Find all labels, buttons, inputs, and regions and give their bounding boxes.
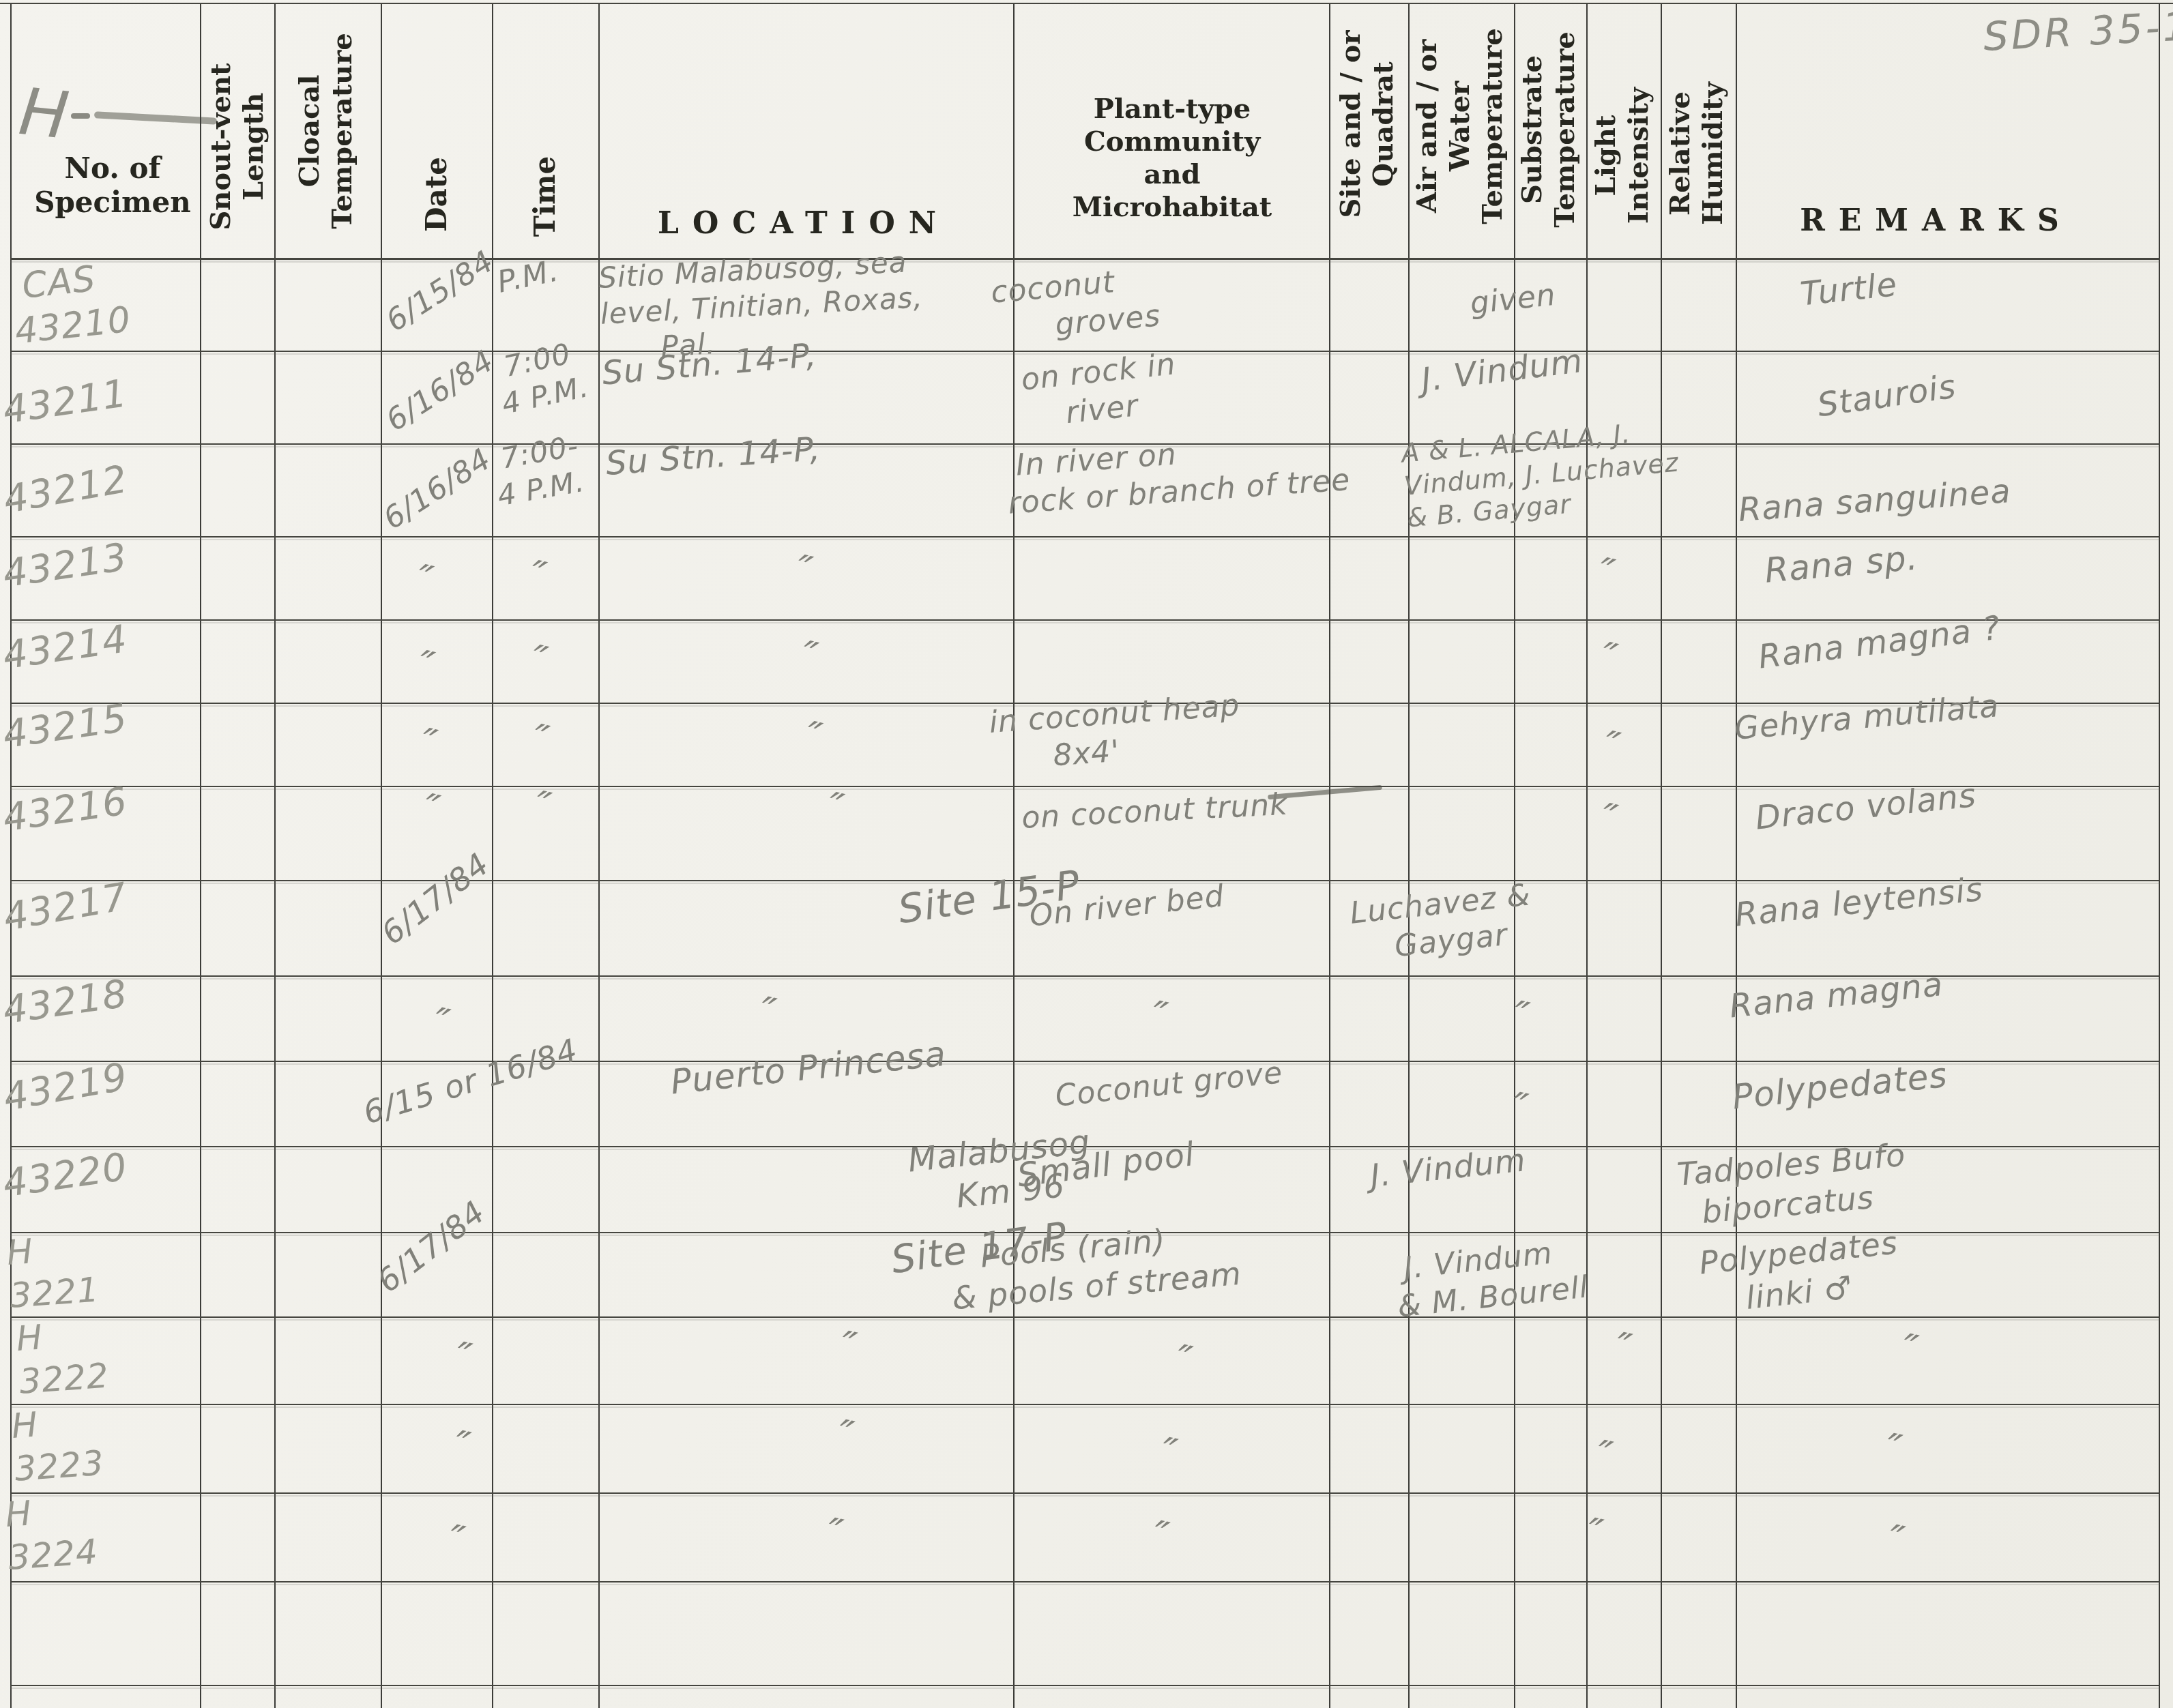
cell-date-r14: ″ bbox=[450, 1420, 475, 1472]
cell-air_water-r1: given bbox=[1468, 276, 1558, 323]
cell-remarks-r13: ″ bbox=[1897, 1323, 1923, 1375]
cell-plant-r9: ″ bbox=[1147, 990, 1172, 1042]
cell-collector-r8: Luchavez & Gaygar bbox=[1348, 876, 1536, 969]
cell-plant-r3: In river on rock or branch of tree bbox=[1004, 424, 1352, 522]
cell-time-r7: ″ bbox=[529, 780, 556, 832]
cell-date-r3: 6/16/84 bbox=[377, 441, 498, 538]
header-time: Time bbox=[528, 156, 562, 237]
cell-collector-r9: ″ bbox=[1508, 990, 1534, 1042]
cell-collector-r12: J. Vindum & M. Bourell bbox=[1392, 1231, 1590, 1326]
cell-time-r3: 7:00- 4 P.M. bbox=[488, 428, 587, 514]
cell-collector-r3: A & L. ALCALA, J. Vindum, J. Luchavez & … bbox=[1400, 414, 1683, 535]
cell-specimen-r8: 43217 bbox=[0, 873, 132, 942]
cell-date-r7: ″ bbox=[418, 783, 445, 835]
cell-light-r7: ″ bbox=[1595, 793, 1622, 844]
grid-hline-7 bbox=[10, 786, 2160, 787]
cell-collector-r11: J. Vindum bbox=[1369, 1140, 1528, 1196]
cell-specimen-r2: 43211 bbox=[0, 370, 130, 435]
header-cloacal: Cloacal Temperature bbox=[293, 33, 359, 229]
header-air_water: Air and / or Water Temperature bbox=[1411, 28, 1509, 224]
cell-date-r6: ″ bbox=[415, 718, 442, 769]
cell-specimen-r9: 43218 bbox=[0, 971, 130, 1035]
grid-hline-4 bbox=[10, 536, 2160, 538]
header-substrate: Substrate Temperature bbox=[1516, 31, 1581, 227]
header-location: LOCATION bbox=[658, 206, 950, 242]
header-humidity: Relative Humidity bbox=[1664, 82, 1730, 224]
cell-location-r9: ″ bbox=[755, 986, 781, 1038]
cell-date-r5: ″ bbox=[412, 640, 439, 692]
cell-remarks-r11: Tadpoles Bufo biporcatus bbox=[1676, 1136, 1910, 1234]
margin-dash bbox=[71, 113, 90, 119]
cell-specimen-r5: 43214 bbox=[0, 616, 130, 681]
cell-specimen-r1: CAS 43210 bbox=[8, 254, 133, 354]
cell-location-r14: ″ bbox=[833, 1409, 858, 1461]
header-light: Light Intensity bbox=[1590, 87, 1655, 224]
cell-light-r14: ″ bbox=[1592, 1430, 1617, 1482]
cell-specimen-r13: H 3222 bbox=[15, 1312, 111, 1403]
cell-collector-r10: ″ bbox=[1507, 1082, 1532, 1134]
header-plant: Plant-type Community and Microhabitat bbox=[1073, 93, 1272, 224]
cell-plant-r14: ″ bbox=[1156, 1427, 1182, 1479]
cell-specimen-r14: H 3223 bbox=[10, 1399, 106, 1490]
cell-location-r4: ″ bbox=[790, 544, 817, 596]
cell-time-r4: ″ bbox=[524, 550, 551, 602]
cell-remarks-r4: Rana sp. bbox=[1763, 536, 1920, 592]
cell-plant-r2: on rock in river bbox=[1019, 345, 1182, 436]
grid-hline-17 bbox=[10, 1685, 2160, 1686]
cell-remarks-r7: Draco volans bbox=[1753, 775, 1979, 839]
cell-plant-r13: ″ bbox=[1171, 1334, 1197, 1386]
header-date: Date bbox=[420, 157, 454, 232]
cell-plant-r1: coconut groves bbox=[989, 260, 1163, 349]
margin-note: H bbox=[16, 72, 73, 158]
field-data-sheet: H SDR 35-15 No. of SpecimenSnout-vent Le… bbox=[0, 0, 2173, 1708]
cell-location-r3: Su Stn. 14-P, bbox=[604, 428, 822, 484]
cell-remarks-r14: ″ bbox=[1881, 1423, 1906, 1475]
cell-date-r10: 6/15 or 16/84 bbox=[359, 1031, 583, 1133]
cell-specimen-r15: H 3224 bbox=[4, 1488, 100, 1579]
cell-plant-r10: Coconut grove bbox=[1053, 1054, 1285, 1115]
cell-date-r4: ″ bbox=[411, 554, 438, 606]
code-top-right: SDR 35-15 bbox=[1982, 0, 2173, 61]
cell-location-r7: ″ bbox=[821, 782, 849, 834]
grid-hline-0 bbox=[0, 3, 2173, 4]
grid-hline-2 bbox=[10, 351, 2160, 352]
grid-hline-1 bbox=[10, 258, 2160, 260]
cell-remarks-r2: Staurois bbox=[1815, 366, 1959, 426]
cell-light-r6: ″ bbox=[1598, 720, 1625, 772]
cell-plant-r15: ″ bbox=[1148, 1510, 1173, 1562]
cell-location-r15: ″ bbox=[822, 1507, 847, 1559]
cell-remarks-r1: Turtle bbox=[1798, 264, 1899, 315]
grid-hline-14 bbox=[10, 1404, 2160, 1405]
cell-date-r13: ″ bbox=[451, 1331, 476, 1383]
cell-remarks-r10: Polypedates bbox=[1730, 1054, 1949, 1119]
cell-location-r5: ″ bbox=[796, 630, 823, 682]
grid-hline-5 bbox=[10, 619, 2160, 621]
header-svl: Snout-vent Length bbox=[205, 63, 270, 230]
cell-remarks-r15: ″ bbox=[1884, 1514, 1909, 1566]
grid-hline-8 bbox=[10, 880, 2160, 881]
cell-location-r10: Puerto Princesa bbox=[669, 1033, 948, 1104]
cell-location-r13: ″ bbox=[836, 1321, 861, 1372]
cell-specimen-r3: 43212 bbox=[0, 456, 132, 525]
header-remarks: REMARKS bbox=[1800, 203, 2073, 239]
cell-plant-r7: on coconut trunk bbox=[1021, 786, 1289, 837]
cell-date-r9: ″ bbox=[429, 997, 454, 1049]
cell-specimen-r10: 43219 bbox=[0, 1053, 132, 1122]
cell-time-r6: ″ bbox=[527, 713, 554, 765]
cell-date-r15: ″ bbox=[444, 1514, 469, 1566]
header-specimen: No. of Specimen bbox=[34, 151, 191, 220]
cell-remarks-r12: Polypedates linki ♂ bbox=[1697, 1223, 1904, 1322]
grid-hline-15 bbox=[10, 1492, 2160, 1494]
cell-remarks-r3: Rana sanguinea bbox=[1737, 471, 2013, 531]
grid-hline-16 bbox=[10, 1581, 2160, 1582]
margin-dash-long bbox=[94, 111, 217, 124]
cell-date-r2: 6/16/84 bbox=[379, 342, 501, 439]
cell-light-r13: ″ bbox=[1611, 1322, 1636, 1374]
cell-light-r5: ″ bbox=[1595, 632, 1622, 683]
cell-remarks-r6: Gehyra mutilata bbox=[1733, 686, 2001, 748]
cell-specimen-r6: 43215 bbox=[0, 695, 130, 760]
cell-time-r2: 7:00 4 P.M. bbox=[491, 334, 592, 422]
cell-remarks-r9: Rana magna bbox=[1727, 964, 1945, 1027]
cell-specimen-r7: 43216 bbox=[0, 778, 130, 843]
cell-remarks-r8: Rana leytensis bbox=[1733, 869, 1985, 936]
cell-date-r12: 6/17/84 bbox=[370, 1193, 493, 1301]
grid-hline-10 bbox=[10, 1061, 2160, 1062]
cell-light-r4: ″ bbox=[1592, 547, 1620, 599]
cell-remarks-r5: Rana magna ? bbox=[1756, 607, 2003, 677]
cell-time-r5: ″ bbox=[525, 634, 553, 686]
cell-specimen-r4: 43213 bbox=[0, 534, 130, 599]
cell-collector-r2: J. Vindum bbox=[1419, 340, 1585, 401]
cell-date-r8: 6/17/84 bbox=[374, 845, 497, 954]
cell-plant-r6: in coconut heap 8x4' bbox=[988, 686, 1244, 778]
header-site_quadrat: Site and / or Quadrat bbox=[1335, 30, 1400, 218]
cell-specimen-r11: 43220 bbox=[0, 1144, 130, 1209]
cell-location-r6: ″ bbox=[800, 711, 827, 763]
grid-hline-13 bbox=[10, 1316, 2160, 1318]
cell-specimen-r12: H 3221 bbox=[5, 1226, 101, 1317]
